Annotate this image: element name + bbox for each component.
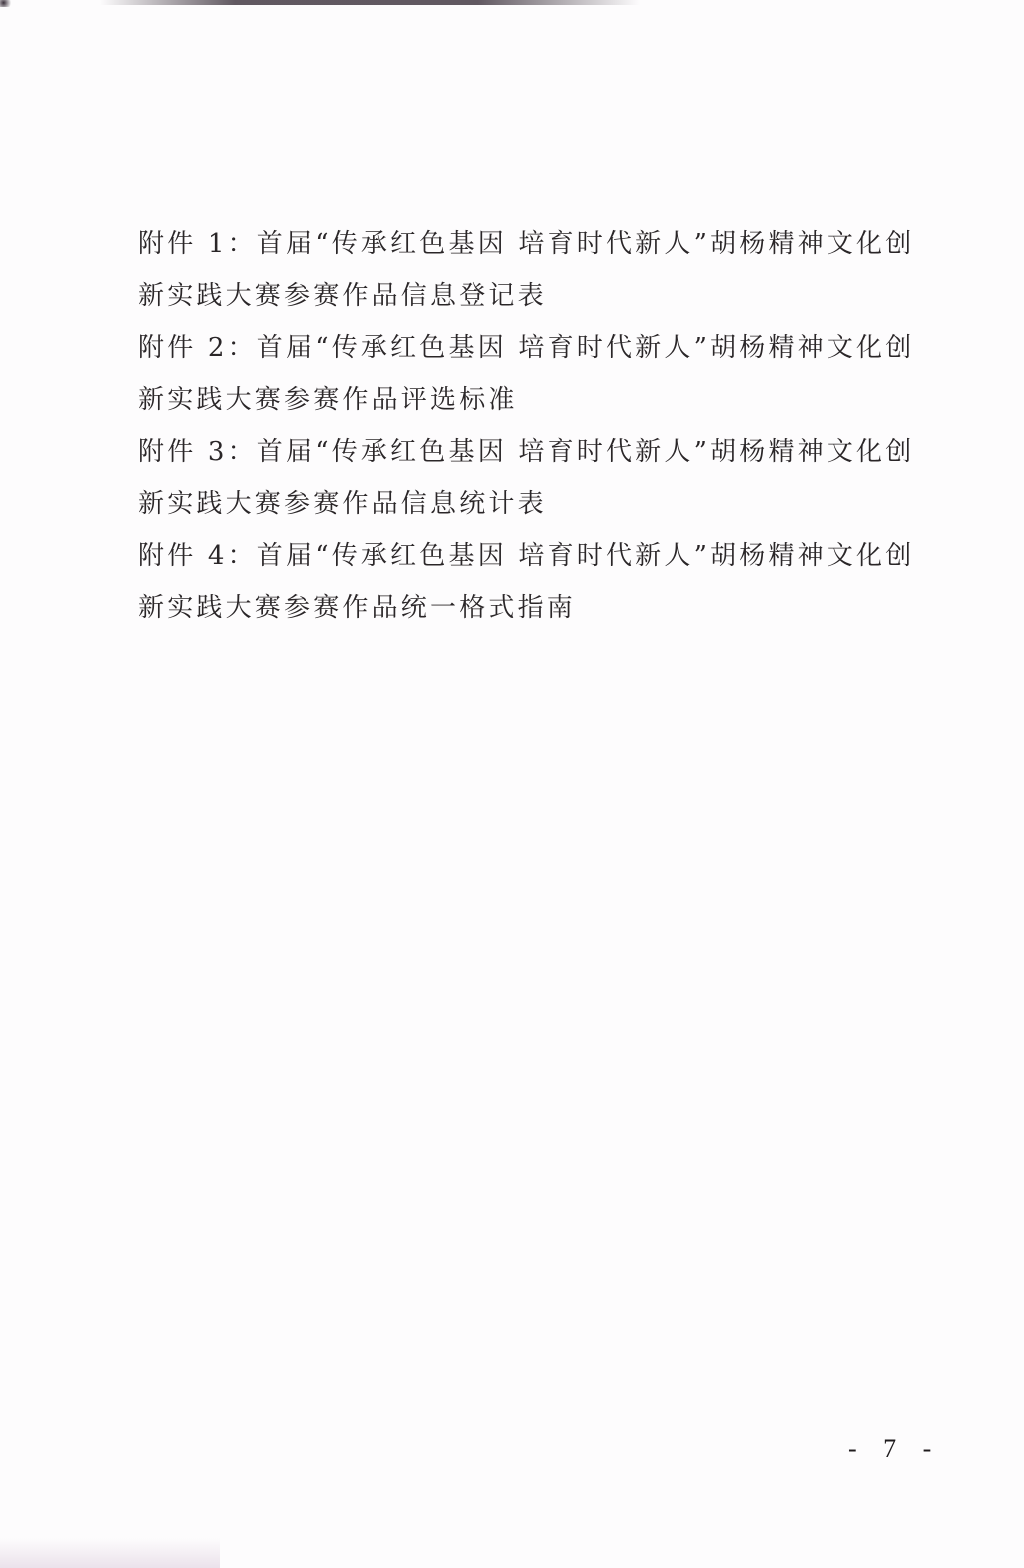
attachment-3-title-line-1: 附件 3：首届“传承红色基因 培育时代新人”胡杨精神文化创 <box>138 426 918 478</box>
attachment-4: 附件 4：首届“传承红色基因 培育时代新人”胡杨精神文化创 新实践大赛参赛作品统… <box>138 530 918 634</box>
scan-artifact-bottom-edge <box>0 1538 220 1568</box>
attachment-1-title-line-2: 新实践大赛参赛作品信息登记表 <box>138 270 918 322</box>
scan-artifact-top-edge <box>100 0 640 5</box>
attachment-4-title-line-2: 新实践大赛参赛作品统一格式指南 <box>138 582 918 634</box>
attachment-4-title-line-1: 附件 4：首届“传承红色基因 培育时代新人”胡杨精神文化创 <box>138 530 918 582</box>
scan-artifact-corner <box>0 0 12 7</box>
attachment-3-title-line-2: 新实践大赛参赛作品信息统计表 <box>138 478 918 530</box>
page-number: - 7 - <box>848 1434 941 1464</box>
attachment-2-title-line-1: 附件 2：首届“传承红色基因 培育时代新人”胡杨精神文化创 <box>138 322 918 374</box>
attachment-3: 附件 3：首届“传承红色基因 培育时代新人”胡杨精神文化创 新实践大赛参赛作品信… <box>138 426 918 530</box>
attachment-1-title-line-1: 附件 1：首届“传承红色基因 培育时代新人”胡杨精神文化创 <box>138 218 918 270</box>
attachment-1: 附件 1：首届“传承红色基因 培育时代新人”胡杨精神文化创 新实践大赛参赛作品信… <box>138 218 918 322</box>
attachment-list: 附件 1：首届“传承红色基因 培育时代新人”胡杨精神文化创 新实践大赛参赛作品信… <box>138 218 918 634</box>
attachment-2: 附件 2：首届“传承红色基因 培育时代新人”胡杨精神文化创 新实践大赛参赛作品评… <box>138 322 918 426</box>
attachment-2-title-line-2: 新实践大赛参赛作品评选标准 <box>138 374 918 426</box>
